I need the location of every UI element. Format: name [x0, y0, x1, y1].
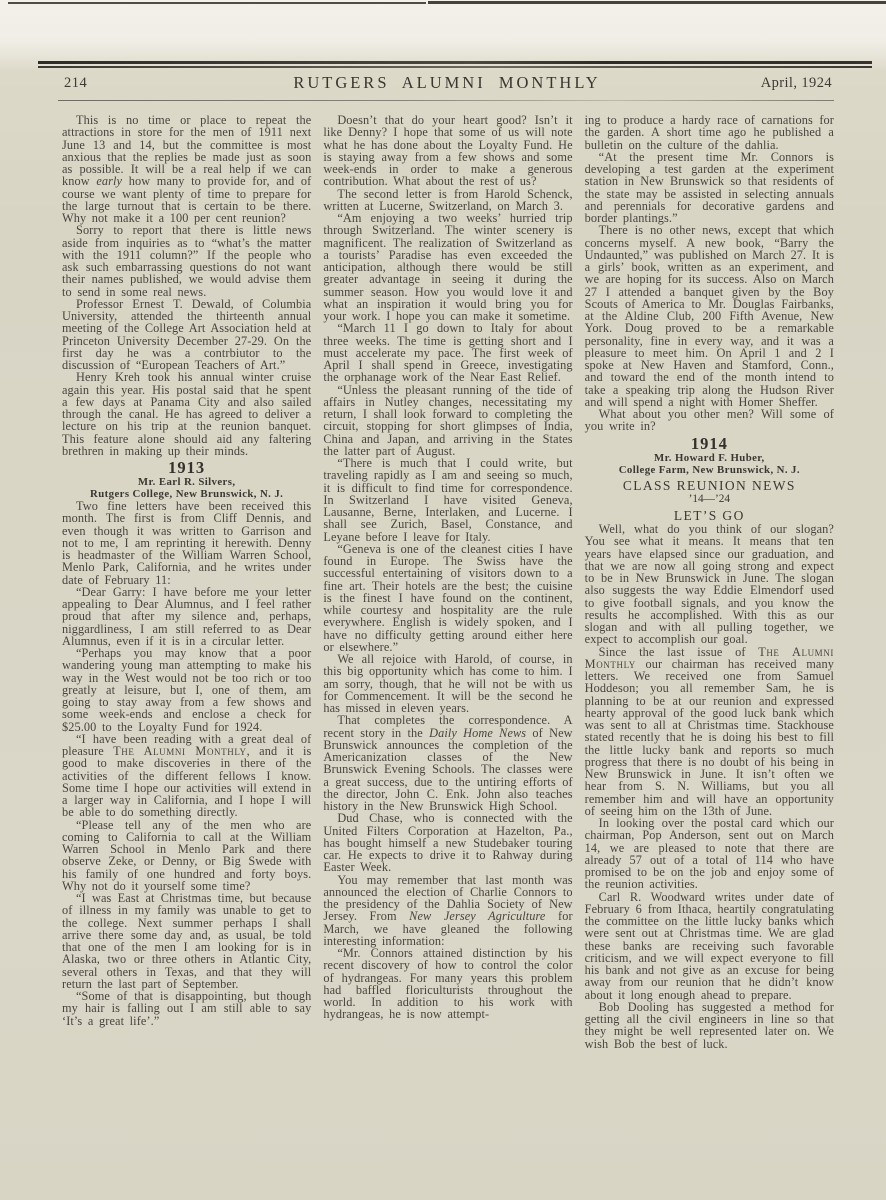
paragraph: Two fine letters have been received this… — [62, 500, 311, 586]
paragraph: That completes the correspondence. A rec… — [323, 714, 572, 812]
section-subtitle: ’14—’24 — [585, 493, 834, 506]
paragraph: “Perhaps you may know that a poor wander… — [62, 647, 311, 733]
paragraph: Carl R. Woodward writes under date of Fe… — [585, 891, 834, 1001]
paragraph: Henry Kreh took his annual winter cruise… — [62, 371, 311, 457]
paragraph: “Unless the pleasant running of the tide… — [323, 384, 572, 458]
paragraph: In looking over the postal card which ou… — [585, 817, 834, 891]
section-year-heading: 1913 — [62, 459, 311, 476]
section-subheading: Mr. Earl R. Silvers, — [62, 476, 311, 488]
paragraph: The second letter is from Harold Schenck… — [323, 188, 572, 213]
paragraph: “Am enjoying a two weeks’ hurried trip t… — [323, 212, 572, 322]
masthead: 214 RUTGERS ALUMNI MONTHLY April, 1924 — [62, 72, 832, 96]
paragraph: Professor Ernest T. Dewald, of Columbia … — [62, 298, 311, 372]
scan-edge-line — [8, 2, 426, 4]
paragraph: Dud Chase, who is connected with the Uni… — [323, 812, 572, 873]
text-columns: This is no time or place to repeat the a… — [62, 114, 834, 1160]
paragraph: Bob Dooling has suggested a method for g… — [585, 1001, 834, 1050]
section-title: LET’S GO — [585, 508, 834, 524]
publication-title: RUTGERS ALUMNI MONTHLY — [62, 73, 832, 93]
paragraph: This is no time or place to repeat the a… — [62, 114, 311, 224]
header-double-rule-lower — [38, 66, 872, 68]
paragraph: Sorry to report that there is little new… — [62, 224, 311, 298]
paragraph: “Geneva is one of the cleanest cities I … — [323, 543, 572, 653]
paragraph: Well, what do you think of our slogan? Y… — [585, 523, 834, 646]
header-double-rule — [38, 61, 872, 64]
magazine-page: 214 RUTGERS ALUMNI MONTHLY April, 1924 T… — [0, 0, 886, 1200]
paragraph: “March 11 I go down to Italy for about t… — [323, 322, 572, 383]
column-2: Doesn’t that do your heart good? Isn’t i… — [323, 114, 572, 1160]
paragraph: Doesn’t that do your heart good? Isn’t i… — [323, 114, 572, 188]
section-subheading: Mr. Howard F. Huber, — [585, 452, 834, 464]
column-3: ing to produce a hardy race of carnation… — [585, 114, 834, 1160]
paragraph: “I was East at Christmas time, but becau… — [62, 892, 311, 990]
paragraph: “I have been reading with a great deal o… — [62, 733, 311, 819]
header-thin-rule — [58, 100, 834, 101]
paragraph: “Some of that is disappointing, but thou… — [62, 990, 311, 1027]
scan-edge-line — [428, 1, 886, 4]
paragraph: What about you other men? Will some of y… — [585, 408, 834, 433]
paragraph: “There is much that I could write, but t… — [323, 457, 572, 543]
paragraph: “Dear Garry: I have before me your lette… — [62, 586, 311, 647]
issue-date: April, 1924 — [761, 75, 832, 92]
column-1: This is no time or place to repeat the a… — [62, 114, 311, 1160]
paragraph: We all rejoice with Harold, of course, i… — [323, 653, 572, 714]
paragraph: You may remember that last month was ann… — [323, 874, 572, 948]
paragraph: “At the present time Mr. Connors is deve… — [585, 151, 834, 225]
section-subheading: College Farm, New Brunswick, N. J. — [585, 464, 834, 476]
paragraph: Since the last issue of The Alumni Month… — [585, 646, 834, 818]
section-title: CLASS REUNION NEWS — [585, 478, 834, 494]
paragraph: There is no other news, except that whic… — [585, 224, 834, 408]
section-year-heading: 1914 — [585, 435, 834, 452]
paragraph: ing to produce a hardy race of carnation… — [585, 114, 834, 151]
paragraph: “Mr. Connors attained distinction by his… — [323, 947, 572, 1021]
paragraph: “Please tell any of the men who are comi… — [62, 819, 311, 893]
